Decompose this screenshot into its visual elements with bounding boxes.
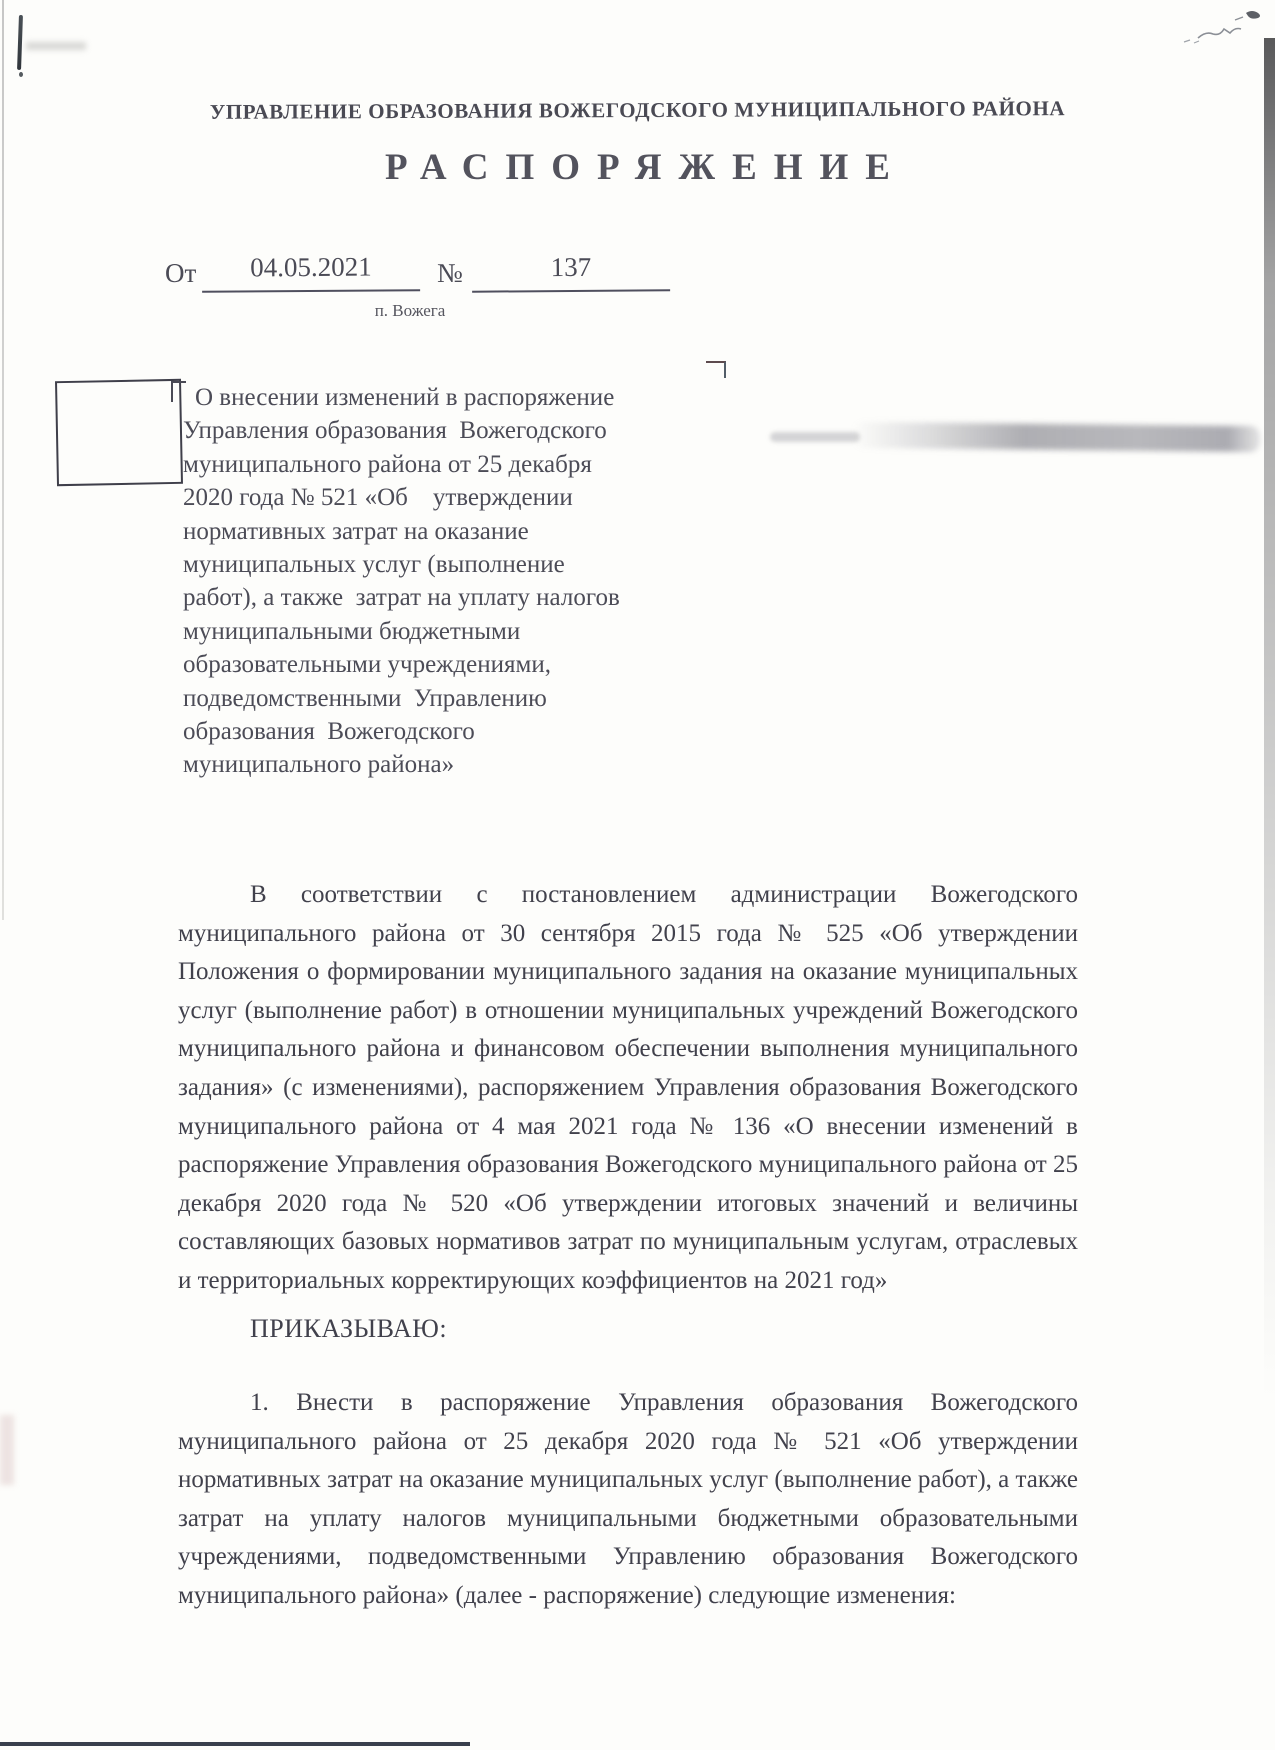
organization-name: УПРАВЛЕНИЕ ОБРАЗОВАНИЯ ВОЖЕГОДСКОГО МУНИ…: [0, 95, 1275, 126]
pen-smudge-artifact: [26, 42, 86, 50]
subject-line: 2020 года № 521 «Об утверждении: [183, 481, 703, 514]
subject-block: О внесении изменений в распоряжение Упра…: [183, 381, 703, 782]
number-label: №: [437, 258, 463, 289]
order-item-1-paragraph: 1. Внести в распоряжение Управления обра…: [178, 1384, 1078, 1616]
pen-mark-dot-artifact: [19, 72, 23, 77]
subject-line: образования Вожегодского: [183, 715, 703, 748]
subject-line: муниципальных услуг (выполнение: [183, 548, 703, 581]
place-name: п. Вожега: [320, 301, 500, 321]
document-type-title: РАСПОРЯЖЕНИЕ: [0, 146, 1275, 189]
subject-line: нормативных затрат на оказание: [183, 515, 703, 548]
subject-line: работ), а также затрат на уплату налогов: [183, 581, 703, 614]
subject-line: муниципального района от 25 декабря: [183, 448, 703, 481]
corner-bracket-right: [706, 361, 726, 378]
smudge-streak-artifact: [852, 422, 1260, 452]
scanned-document-page: УПРАВЛЕНИЕ ОБРАЗОВАНИЯ ВОЖЕГОДСКОГО МУНИ…: [0, 0, 1275, 1750]
scan-edge-shadow: [1264, 38, 1275, 1398]
left-faint-mark-artifact: [0, 1415, 14, 1485]
smudge-dots-artifact: [770, 432, 860, 442]
preamble-paragraph: В соответствии с постановлением админист…: [178, 876, 1078, 1301]
date-value: 04.05.2021: [202, 251, 420, 293]
bottom-scan-line-artifact: [0, 1742, 470, 1746]
number-value: 137: [472, 251, 670, 292]
scribble-artifact: [1180, 5, 1270, 50]
subject-line: муниципальными бюджетными: [183, 615, 703, 648]
subject-line: муниципального района»: [183, 748, 703, 781]
date-label: От: [165, 258, 196, 289]
blank-stamp-box: [55, 379, 183, 486]
order-word: ПРИКАЗЫВАЮ:: [250, 1314, 447, 1344]
scan-edge-line-artifact: [2, 0, 4, 920]
subject-line: О внесении изменений в распоряжение: [183, 381, 703, 414]
subject-line: Управления образования Вожегодского: [183, 414, 703, 447]
pen-mark-artifact: [17, 15, 23, 70]
subject-line: подведомственными Управлению: [183, 682, 703, 715]
subject-line: образовательными учреждениями,: [183, 648, 703, 681]
